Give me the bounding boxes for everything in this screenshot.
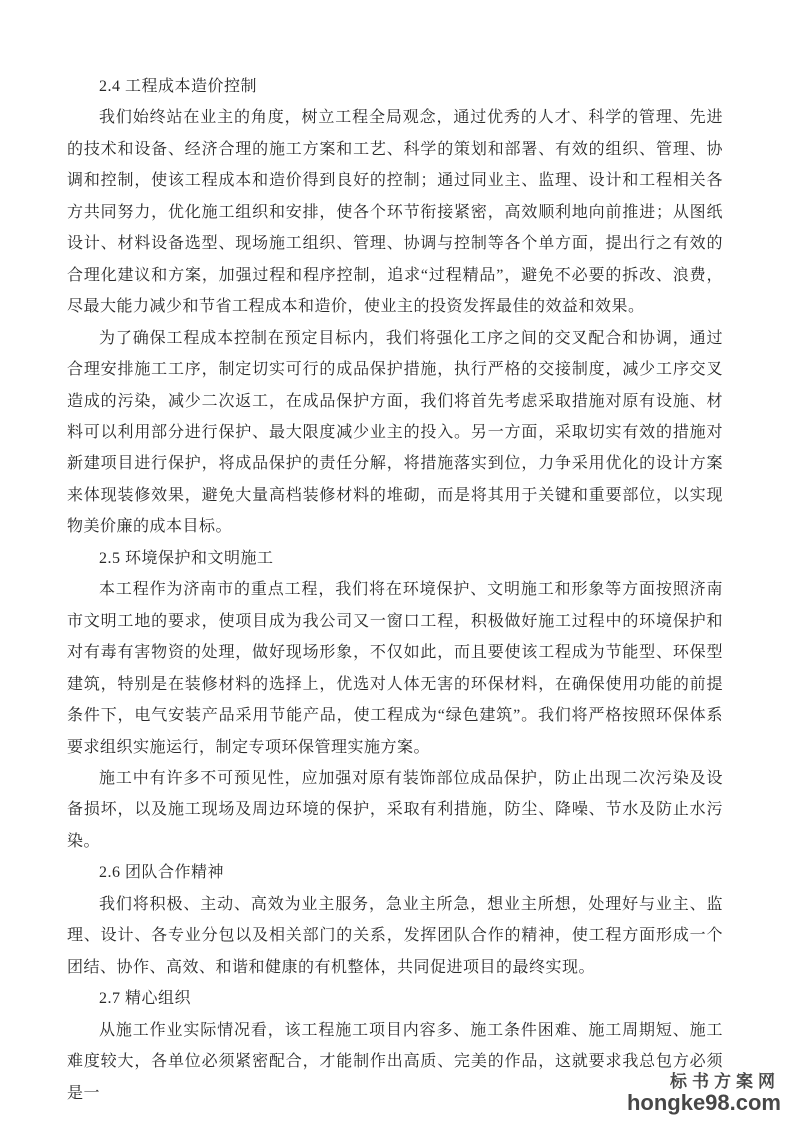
paragraph: 为了确保工程成本控制在预定目标内，我们将强化工序之间的交叉配合和协调，通过合理安… <box>67 323 723 543</box>
document-content: 2.4 工程成本造价控制我们始终站在业主的角度，树立工程全局观念，通过优秀的人才… <box>67 71 723 1109</box>
watermark-site-name: 标书方案网 <box>627 1073 780 1091</box>
paragraph: 施工中有许多不可预见性，应加强对原有装饰部位成品保护，防止出现二次污染及设备损坏… <box>67 763 723 857</box>
paragraph: 我们始终站在业主的角度，树立工程全局观念，通过优秀的人才、科学的管理、先进的技术… <box>67 102 723 322</box>
section-heading: 2.5 环境保护和文明施工 <box>67 543 723 574</box>
section-heading: 2.7 精心组织 <box>67 983 723 1014</box>
section-heading: 2.6 团队合作精神 <box>67 857 723 888</box>
section-heading: 2.4 工程成本造价控制 <box>67 71 723 102</box>
paragraph: 本工程作为济南市的重点工程，我们将在环境保护、文明施工和形象等方面按照济南市文明… <box>67 574 723 763</box>
paragraph: 从施工作业实际情况看，该工程施工项目内容多、施工条件困难、施工周期短、施工难度较… <box>67 1015 723 1109</box>
paragraph: 我们将积极、主动、高效为业主服务，急业主所急，想业主所想，处理好与业主、监理、设… <box>67 889 723 983</box>
document-page: 2.4 工程成本造价控制我们始终站在业主的角度，树立工程全局观念，通过优秀的人才… <box>0 0 793 1122</box>
watermark: 标书方案网 hongke98.com <box>627 1073 781 1114</box>
watermark-site-url: hongke98.com <box>627 1091 781 1114</box>
